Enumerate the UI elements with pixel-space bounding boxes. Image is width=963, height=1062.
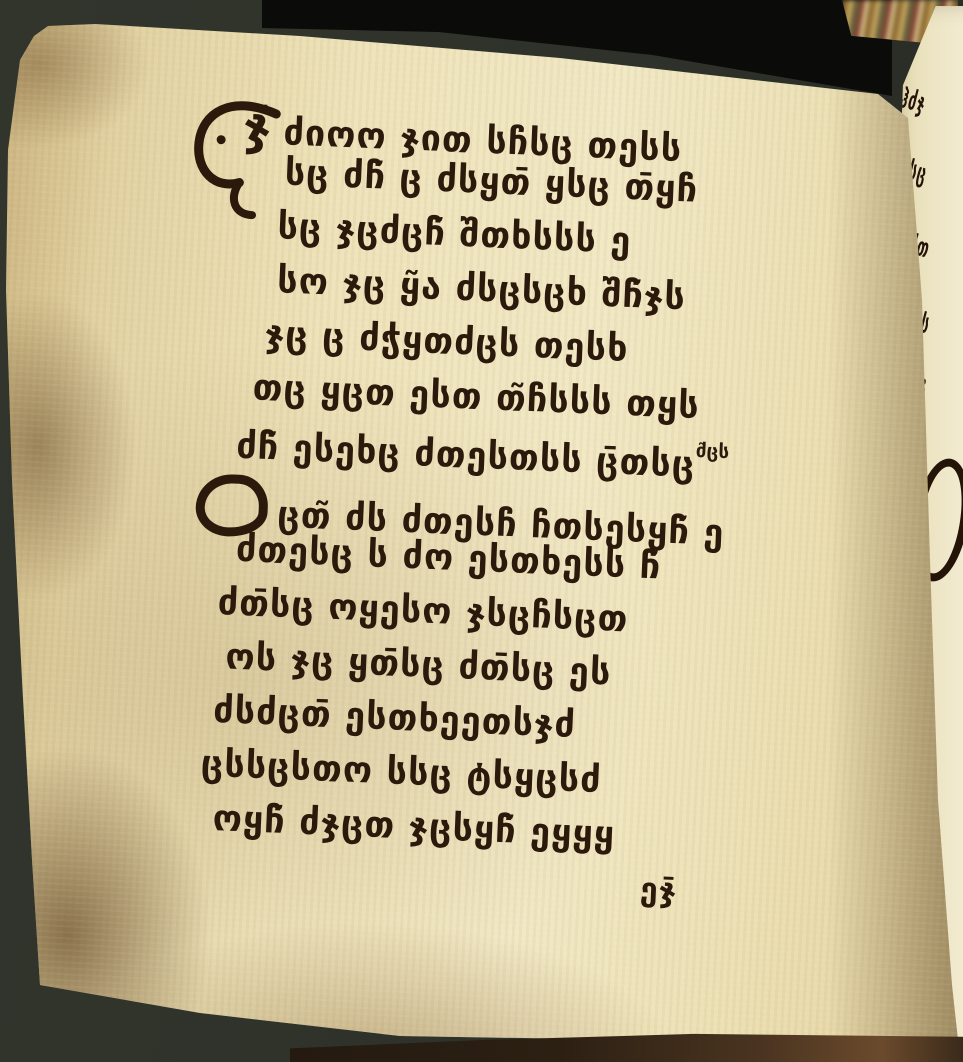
- parchment-page: ჯ̃ძიოო ჯით სჩსც თესს სც ძჩ̃ ც ძსყთ̄ ყსც …: [0, 0, 963, 1062]
- catchword: ეჯ̄: [639, 870, 903, 935]
- catchword-text: ეჯ̄: [639, 870, 678, 910]
- superscript-gloss: ძ̃ცს: [695, 440, 729, 463]
- initial-flourish: [188, 94, 293, 226]
- ring-initial: [195, 473, 270, 538]
- manuscript-photo: ჰძჯ ძსც ეძთ ჯჶს სძჩ ჯ ძ ჯ̃ძიოო ჯით სჩსც …: [0, 0, 963, 1062]
- manuscript-text-block: ჯ̃ძიოო ჯით სჩსც თესს სც ძჩ̃ ც ძსყთ̄ ყსც …: [171, 95, 934, 935]
